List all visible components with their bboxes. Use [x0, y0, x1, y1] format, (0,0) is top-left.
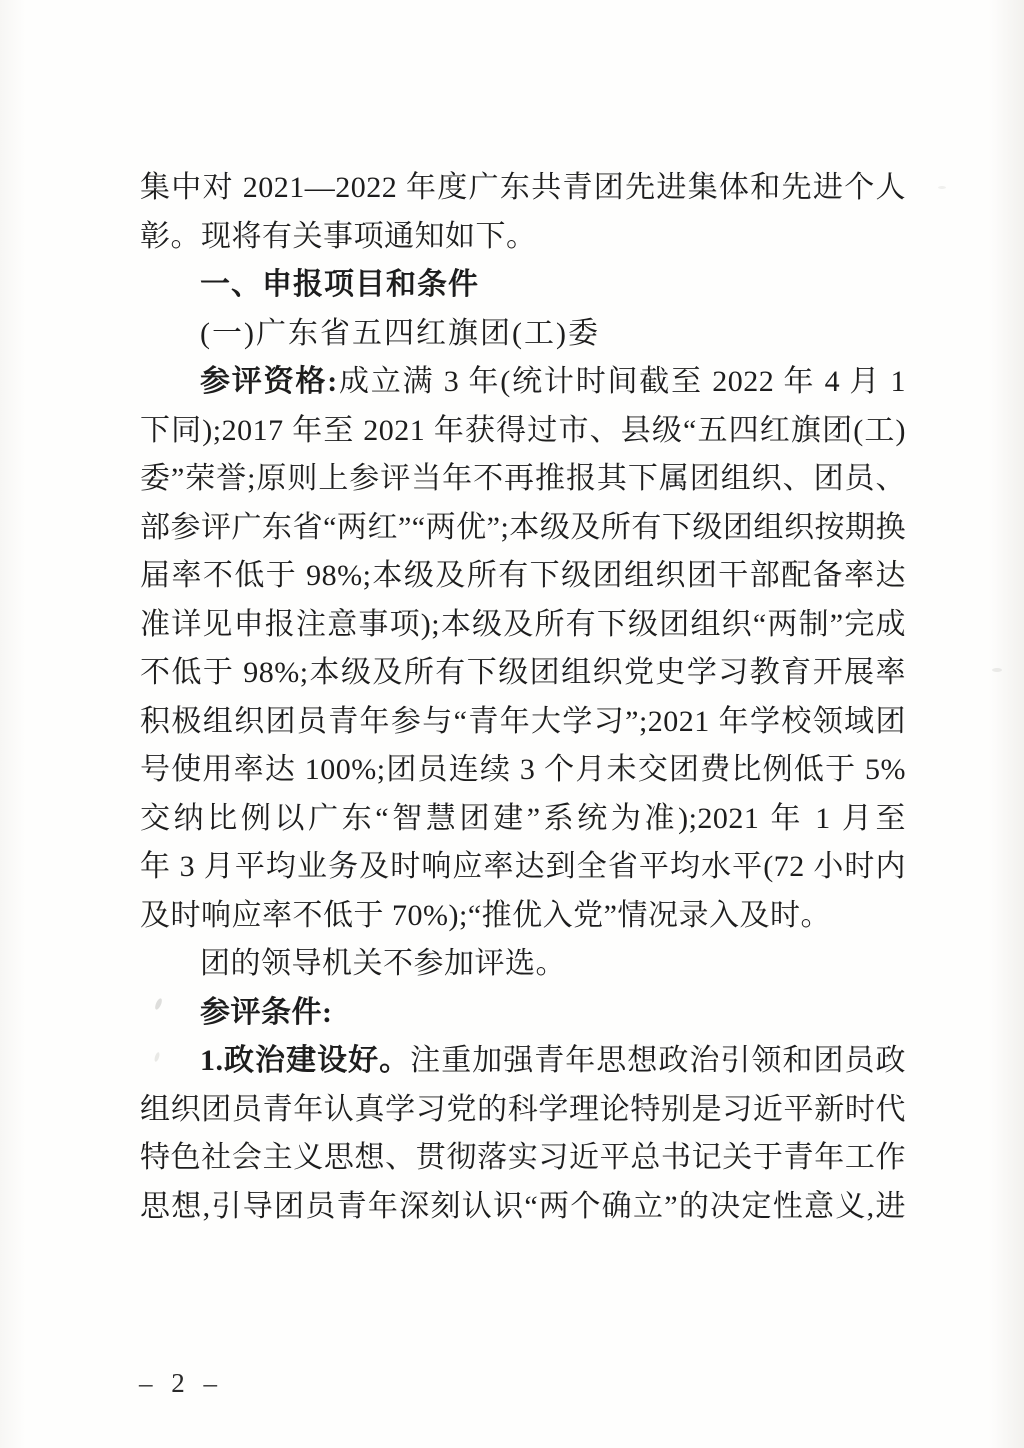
scan-artifact: [938, 186, 946, 189]
body-text-line: 下同);2017 年至 2021 年获得过市、县级“五四红旗团(工): [140, 407, 906, 456]
body-text-line: 特色社会主义思想、贯彻落实习近平总书记关于青年工作的重要: [140, 1134, 906, 1183]
body-text-line: 不低于 98%;本级及所有下级团组织党史学习教育开展率达 100%;: [140, 649, 906, 698]
criteria-item-1-label: 1.政治建设好。: [200, 1044, 410, 1077]
body-text-line: 部参评广东省“两红”“两优”;本级及所有下级团组织按期换: [140, 504, 906, 553]
body-text-line: 团的领导机关不参加评选。: [140, 940, 906, 989]
body-text-line: 准详见申报注意事项);本级及所有下级团组织“两制”完成率: [140, 601, 906, 650]
body-text-line: 委”荣誉;原则上参评当年不再推报其下属团组织、团员、团干: [140, 455, 906, 504]
criteria-label: 参评条件:: [140, 989, 906, 1038]
body-text-line: 及时响应率不低于 70%);“推优入党”情况录入及时。: [140, 892, 906, 941]
scanned-document-page: 集中对 2021—2022 年度广东共青团先进集体和先进个人进行表 彰。现将有关…: [0, 0, 1024, 1448]
body-text-line: 交纳比例以广东“智慧团建”系统为准);2021 年 1 月至 2022: [140, 795, 906, 844]
section-heading: 一、申报项目和条件: [140, 261, 906, 310]
body-text-line: 思想,引导团员青年深刻认识“两个确立”的决定性意义,进一: [140, 1183, 906, 1232]
qualification-label: 参评资格:: [200, 365, 338, 398]
document-body: 集中对 2021—2022 年度广东共青团先进集体和先进个人进行表 彰。现将有关…: [140, 164, 906, 1231]
body-text-line: 参评资格:成立满 3 年(统计时间截至 2022 年 4 月 1 日,: [140, 358, 906, 407]
body-text-line: 积极组织团员青年参与“青年大学习”;2021 年学校领域团员编: [140, 698, 906, 747]
body-text-line: 届率不低于 98%;本级及所有下级团组织团干部配备率达标(标: [140, 552, 906, 601]
body-text-line: 年 3 月平均业务及时响应率达到全省平均水平(72 小时内业务: [140, 843, 906, 892]
scan-artifact: [992, 668, 1002, 672]
body-text-line: 1.政治建设好。注重加强青年思想政治引领和团员政治教育,: [140, 1037, 906, 1086]
body-text-line: 号使用率达 100%;团员连续 3 个月未交团费比例低于 5%(团费: [140, 746, 906, 795]
page-number: – 2 –: [139, 1368, 223, 1399]
body-text-line: 集中对 2021—2022 年度广东共青团先进集体和先进个人进行表: [140, 164, 906, 213]
subsection-heading: (一)广东省五四红旗团(工)委: [140, 310, 906, 359]
body-text-line: 彰。现将有关事项通知如下。: [140, 213, 906, 262]
body-text-line: 组织团员青年认真学习党的科学理论特别是习近平新时代中国: [140, 1086, 906, 1135]
